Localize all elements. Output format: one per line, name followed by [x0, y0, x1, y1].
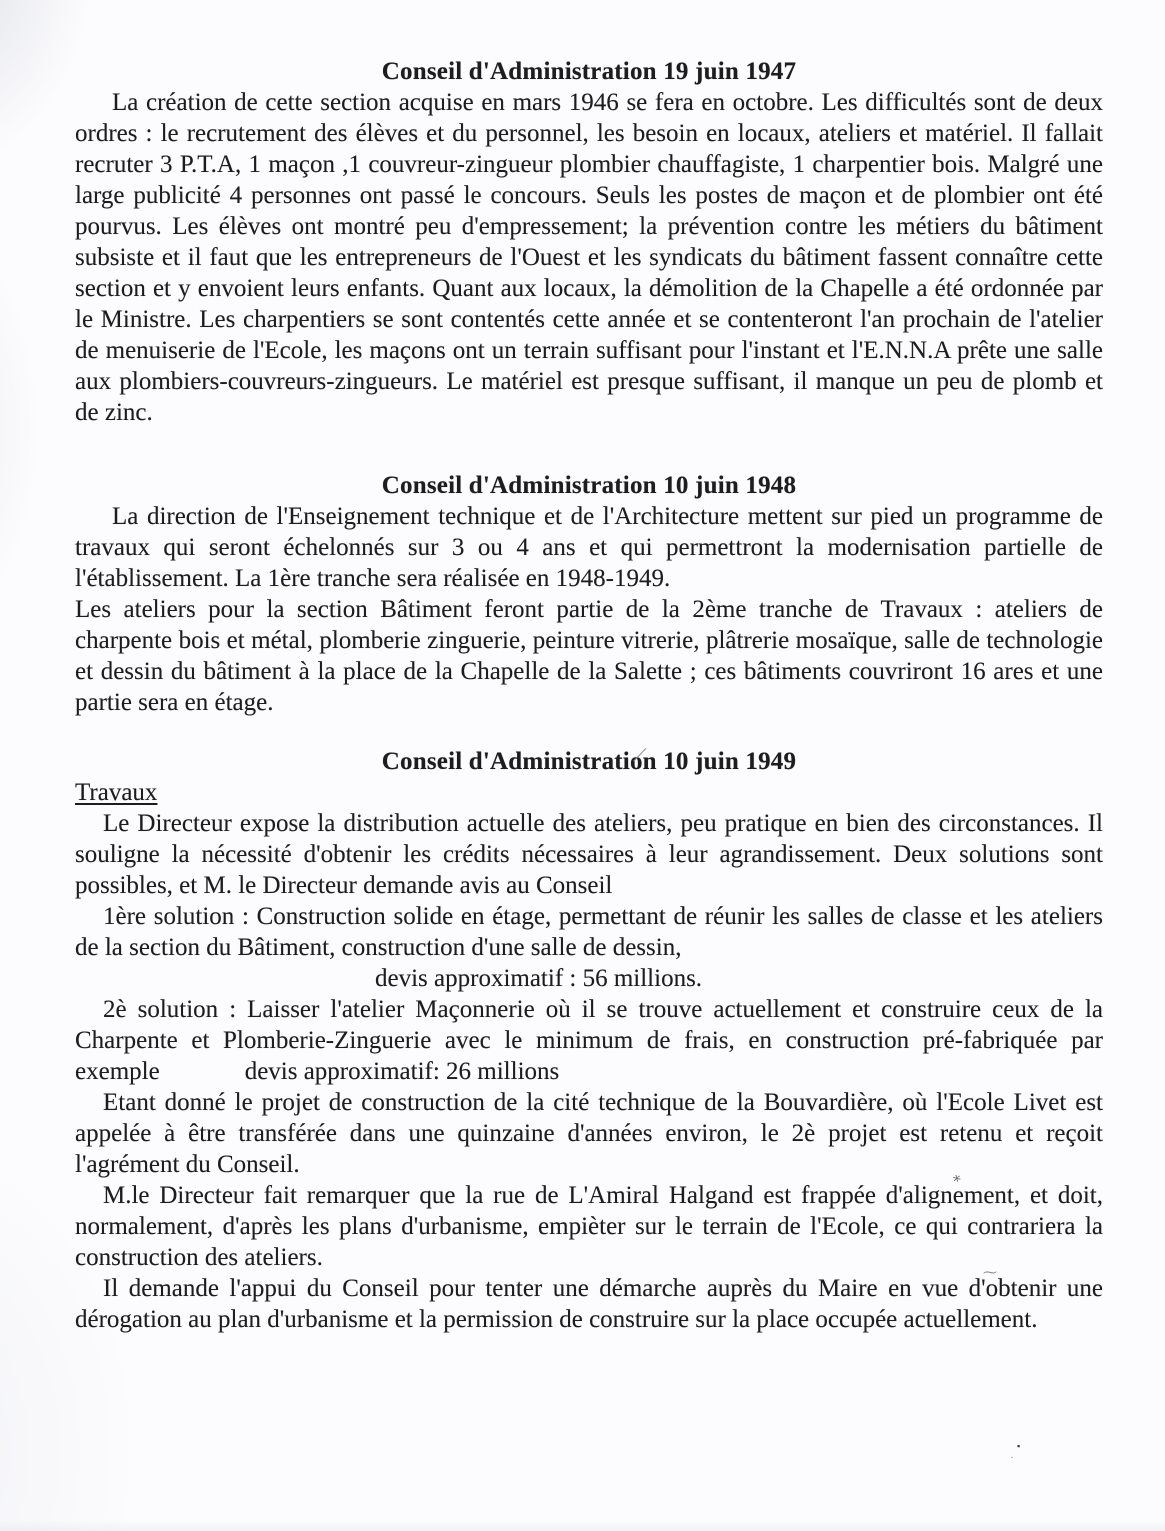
section-title-1948: Conseil d'Administration 10 juin 1948: [75, 470, 1103, 501]
scanned-document: { "document": { "colors": { "paper": "#f…: [0, 0, 1165, 1531]
paragraph-1947-body: La création de cette section acquise en …: [75, 87, 1103, 428]
section-ca-1948: Conseil d'Administration 10 juin 1948 La…: [75, 470, 1103, 718]
subheading-travaux-label: Travaux: [75, 779, 157, 806]
subheading-travaux: Travaux: [75, 777, 1103, 808]
paragraph-1948-ateliers: Les ateliers pour la section Bâtiment fe…: [75, 594, 1103, 718]
section-ca-1947: Conseil d'Administration 19 juin 1947 La…: [75, 56, 1103, 428]
devis-26-millions: devis approximatif: 26 millions: [245, 1058, 560, 1085]
paragraph-1949-bouvardiere: Etant donné le projet de construction de…: [75, 1087, 1103, 1180]
scan-artifact-speck-dark: ▪: [1017, 1442, 1020, 1451]
section-ca-1949: Conseil d'Administration 10 juin 1949 Tr…: [75, 746, 1103, 1335]
section-title-1947: Conseil d'Administration 19 juin 1947: [75, 56, 1103, 87]
document-page: Conseil d'Administration 19 juin 1947 La…: [0, 0, 1165, 1335]
typed-gap: [160, 1078, 245, 1079]
paragraph-1948-direction: La direction de l'Enseignement technique…: [75, 501, 1103, 594]
section-title-1949: Conseil d'Administration 10 juin 1949: [75, 746, 1103, 777]
paragraph-1949-appui-conseil: Il demande l'appui du Conseil pour tente…: [75, 1273, 1103, 1335]
solution-2-text: 2è solution : Laisser l'atelier Maçonner…: [75, 996, 1103, 1085]
paragraph-1949-rue-halgand: M.le Directeur fait remarquer que la rue…: [75, 1180, 1103, 1273]
scan-artifact-speck-faint: ·: [1010, 1453, 1014, 1464]
paragraph-1949-directeur-expose: Le Directeur expose la distribution actu…: [75, 808, 1103, 901]
devis-56-millions: devis approximatif : 56 millions.: [375, 963, 1103, 994]
paragraph-1949-solution-1: 1ère solution : Construction solide en é…: [75, 901, 1103, 963]
paragraph-1949-solution-2: 2è solution : Laisser l'atelier Maçonner…: [75, 994, 1103, 1087]
